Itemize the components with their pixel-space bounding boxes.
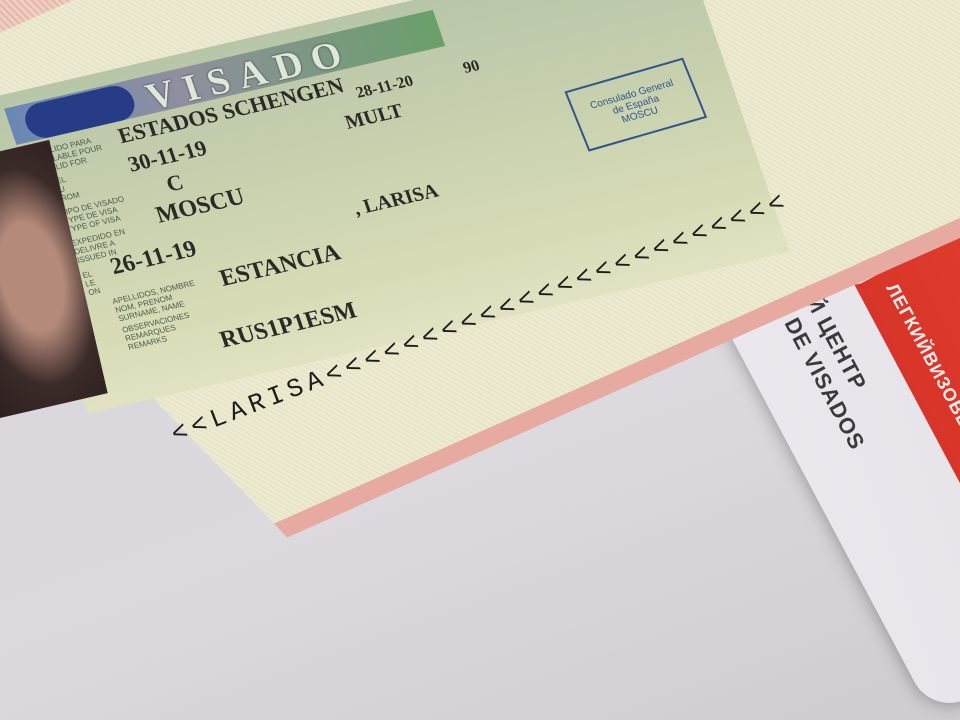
given-name: , LARISA xyxy=(351,180,442,221)
remarks-value: ESTANCIA xyxy=(216,240,344,293)
duration-days: 90 xyxy=(461,57,482,78)
visa-code: RUS1P1ESM xyxy=(217,297,361,354)
photo-scene: ИСПАНСКИЙ ВИЗОВЫЙ ЦЕНТР CENTRO DE SOLICI… xyxy=(0,0,960,720)
visa-type: C xyxy=(163,169,187,197)
entries: MULT xyxy=(342,100,406,135)
issued-in: MOSCU xyxy=(152,184,248,230)
consulate-stamp: Consulado General de España MOSCU xyxy=(564,58,707,152)
until-date: 28-11-20 xyxy=(354,73,416,103)
